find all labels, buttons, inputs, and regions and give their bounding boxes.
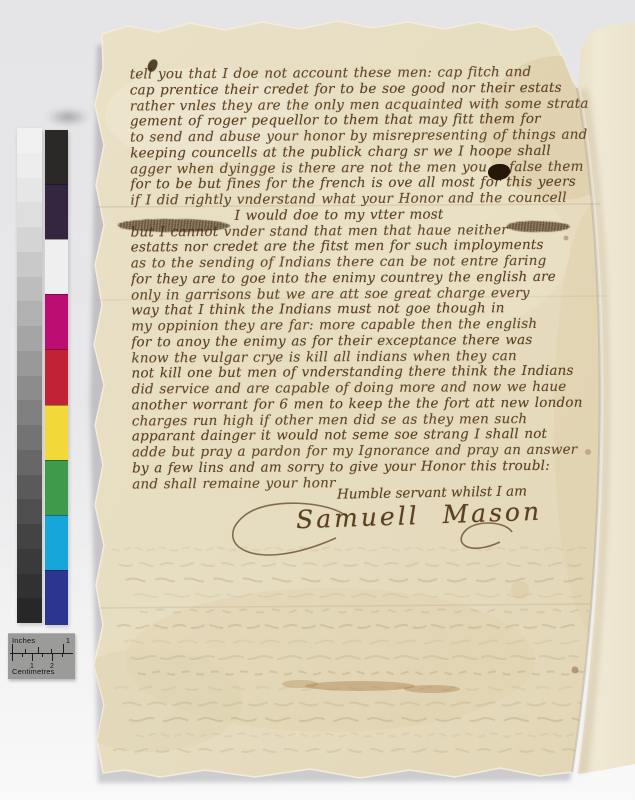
- grayscale-calibration-bar: [17, 128, 42, 623]
- ruler-centimetres-label: Centimetres: [12, 668, 55, 676]
- grayscale-step-7: [17, 301, 42, 326]
- grayscale-step-15: [17, 499, 42, 524]
- grayscale-step-18: [17, 574, 42, 599]
- grayscale-step-16: [17, 524, 42, 549]
- grayscale-step-13: [17, 450, 42, 475]
- color-patch-blue: [45, 570, 68, 625]
- grayscale-step-1: [17, 153, 42, 178]
- inch-tick: [38, 647, 39, 653]
- photograph-scene: tell you that I doe not account these me…: [0, 0, 635, 800]
- grayscale-step-10: [17, 376, 42, 401]
- crossed-out-scribble: [118, 219, 230, 232]
- grayscale-step-0: [17, 128, 42, 153]
- color-patch-red: [45, 349, 68, 404]
- grayscale-step-3: [17, 202, 42, 227]
- color-patch-white: [45, 239, 68, 294]
- grayscale-step-17: [17, 549, 42, 574]
- inch-tick: [25, 649, 26, 653]
- strip-shadow: [46, 108, 90, 126]
- color-patch-magenta: [45, 294, 68, 349]
- color-patch-dark-violet: [45, 184, 68, 239]
- color-patch-cyan: [45, 515, 68, 570]
- grayscale-step-8: [17, 326, 42, 351]
- grayscale-step-4: [17, 227, 42, 252]
- manuscript-text-block: tell you that I doe not account these me…: [130, 65, 605, 510]
- cm-tick: [62, 654, 63, 657]
- grayscale-step-11: [17, 400, 42, 425]
- manuscript-line: by a few lins and am sorry to give your …: [132, 458, 604, 477]
- color-patch-black: [45, 130, 68, 184]
- color-patch-yellow: [45, 405, 68, 460]
- grayscale-step-5: [17, 252, 42, 277]
- cm-tick: [12, 654, 13, 661]
- cm-tick: [52, 654, 53, 661]
- crossed-out-scribble: [507, 221, 570, 232]
- grayscale-step-14: [17, 475, 42, 500]
- grayscale-step-9: [17, 351, 42, 376]
- inch-tick: [12, 644, 13, 653]
- inch-tick: [63, 644, 64, 653]
- ruler-inches-label: Inches: [12, 637, 35, 645]
- color-patch-green: [45, 460, 68, 515]
- cm-tick: [22, 654, 23, 657]
- scale-ruler: Inches 1 1 2 Centimetres: [8, 633, 75, 679]
- cm-tick: [32, 654, 33, 661]
- color-calibration-bar: [45, 130, 68, 625]
- cm-tick: [42, 654, 43, 657]
- inch-tick: [51, 649, 52, 653]
- ruler-inch-number: 1: [66, 637, 70, 645]
- grayscale-step-12: [17, 425, 42, 450]
- grayscale-step-19: [17, 598, 42, 623]
- grayscale-step-2: [17, 178, 42, 203]
- grayscale-step-6: [17, 277, 42, 302]
